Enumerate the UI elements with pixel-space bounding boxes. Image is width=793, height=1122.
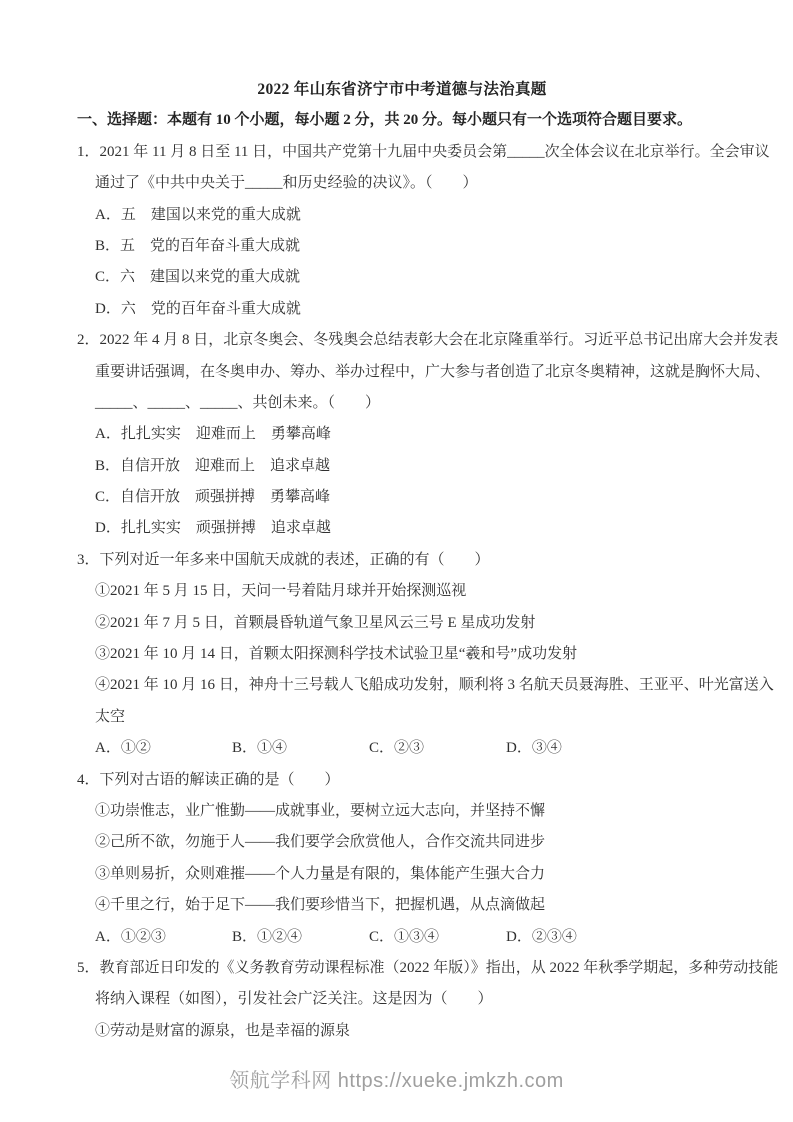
question-text-line: C．六 建国以来党的重大成就	[77, 262, 727, 293]
question-q2: 2．2022 年 4 月 8 日，北京冬奥会、冬残奥会总结表彰大会在北京隆重举行…	[77, 325, 727, 545]
question-text-line: 2．2022 年 4 月 8 日，北京冬奥会、冬残奥会总结表彰大会在北京隆重举行…	[77, 325, 727, 356]
option-cell: B．①④	[232, 733, 369, 764]
questions-container: 1．2021 年 11 月 8 日至 11 日，中国共产党第十九届中央委员会第_…	[77, 137, 727, 1047]
question-text-line: 重要讲话强调，在冬奥申办、筹办、举办过程中，广大参与者创造了北京冬奥精神，这就是…	[77, 357, 727, 388]
question-text-line: ③单则易折，众则难摧——个人力量是有限的，集体能产生强大合力	[77, 859, 727, 890]
question-text-line: A．扎扎实实 迎难而上 勇攀高峰	[77, 419, 727, 450]
question-text-line: 4．下列对古语的解读正确的是（ ）	[77, 765, 727, 796]
options-row: A．①②B．①④C．②③D．③④	[77, 733, 727, 764]
question-text-line: D．六 党的百年奋斗重大成就	[77, 294, 727, 325]
question-text-line: ①功崇惟志，业广惟勤——成就事业，要树立远大志向，并坚持不懈	[77, 796, 727, 827]
option-cell: A．①②	[95, 733, 232, 764]
option-cell: B．①②④	[232, 922, 369, 953]
option-cell: D．③④	[506, 733, 562, 764]
exam-document-page: 2022 年山东省济宁市中考道德与法治真题 一、选择题：本题有 10 个小题，每…	[0, 0, 793, 1122]
option-cell: C．②③	[369, 733, 506, 764]
question-text-line: 将纳入课程（如图），引发社会广泛关注。这是因为（ ）	[77, 984, 727, 1015]
question-text-line: B．自信开放 迎难而上 追求卓越	[77, 451, 727, 482]
watermark-text: 领航学科网 https://xueke.jmkzh.com	[0, 1064, 793, 1093]
question-q4: 4．下列对古语的解读正确的是（ ）①功崇惟志，业广惟勤——成就事业，要树立远大志…	[77, 765, 727, 953]
question-text-line: ②2021 年 7 月 5 日，首颗晨昏轨道气象卫星风云三号 E 星成功发射	[77, 608, 727, 639]
question-q5: 5．教育部近日印发的《义务教育劳动课程标准（2022 年版）》指出，从 2022…	[77, 953, 727, 1047]
options-row: A．①②③B．①②④C．①③④D．②③④	[77, 922, 727, 953]
question-text-line: D．扎扎实实 顽强拼搏 追求卓越	[77, 513, 727, 544]
option-cell: C．①③④	[369, 922, 506, 953]
section-header: 一、选择题：本题有 10 个小题，每小题 2 分，共 20 分。每小题只有一个选…	[77, 105, 727, 136]
option-cell: A．①②③	[95, 922, 232, 953]
question-text-line: 通过了《中共中央关于_____和历史经验的决议》。（ ）	[77, 168, 727, 199]
question-text-line: ②己所不欲，勿施于人——我们要学会欣赏他人，合作交流共同进步	[77, 827, 727, 858]
question-q3: 3．下列对近一年多来中国航天成就的表述，正确的有（ ）①2021 年 5 月 1…	[77, 545, 727, 765]
document-title: 2022 年山东省济宁市中考道德与法治真题	[77, 74, 727, 105]
question-text-line: C．自信开放 顽强拼搏 勇攀高峰	[77, 482, 727, 513]
question-text-line: 1．2021 年 11 月 8 日至 11 日，中国共产党第十九届中央委员会第_…	[77, 137, 727, 168]
question-text-line: A．五 建国以来党的重大成就	[77, 200, 727, 231]
question-q1: 1．2021 年 11 月 8 日至 11 日，中国共产党第十九届中央委员会第_…	[77, 137, 727, 325]
option-cell: D．②③④	[506, 922, 577, 953]
question-text-line: 太空	[77, 702, 727, 733]
question-text-line: ③2021 年 10 月 14 日，首颗太阳探测科学技术试验卫星“羲和号”成功发…	[77, 639, 727, 670]
question-text-line: B．五 党的百年奋斗重大成就	[77, 231, 727, 262]
question-text-line: _____、_____、_____、共创未来。（ ）	[77, 388, 727, 419]
question-text-line: 5．教育部近日印发的《义务教育劳动课程标准（2022 年版）》指出，从 2022…	[77, 953, 727, 984]
question-text-line: ④2021 年 10 月 16 日，神舟十三号载人飞船成功发射，顺利将 3 名航…	[77, 670, 727, 701]
question-text-line: ④千里之行，始于足下——我们要珍惜当下，把握机遇，从点滴做起	[77, 890, 727, 921]
question-text-line: ①劳动是财富的源泉，也是幸福的源泉	[77, 1016, 727, 1047]
document-content: 2022 年山东省济宁市中考道德与法治真题 一、选择题：本题有 10 个小题，每…	[77, 74, 727, 1047]
question-text-line: ①2021 年 5 月 15 日，天问一号着陆月球并开始探测巡视	[77, 576, 727, 607]
question-text-line: 3．下列对近一年多来中国航天成就的表述，正确的有（ ）	[77, 545, 727, 576]
